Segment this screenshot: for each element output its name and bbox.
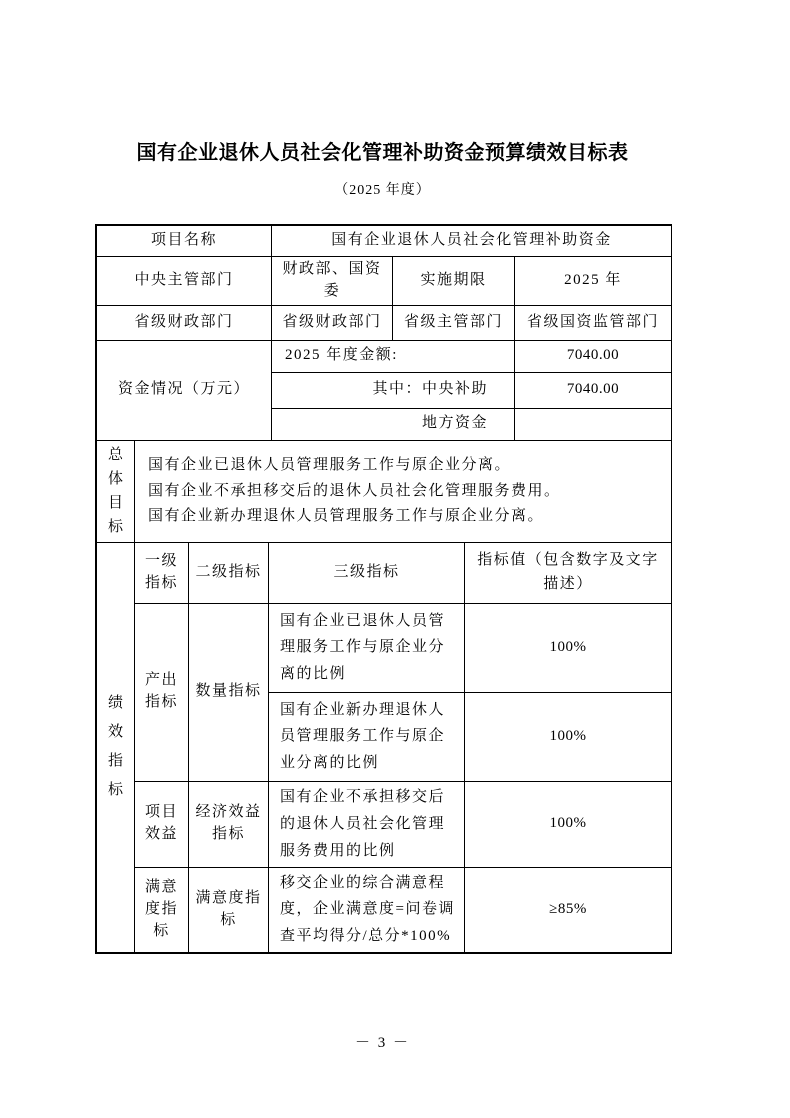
indicator-level1: 满意度指标 [135,867,189,952]
document-subtitle: （2025 年度） [95,179,670,199]
table-row: 产出指标 数量指标 国有企业已退休人员管理服务工作与原企业分离的比例 100% [97,603,672,692]
central-dept-value: 财政部、国资委 [272,257,393,306]
table-row: 中央主管部门 财政部、国资委 实施期限 2025 年 [97,257,672,306]
local-funds-label: 地方资金 [272,408,515,440]
document-title: 国有企业退休人员社会化管理补助资金预算绩效目标表 [95,0,670,166]
document-page: 国有企业退休人员社会化管理补助资金预算绩效目标表 （2025 年度） 项目名称 … [0,0,790,1118]
prov-finance-value: 省级财政部门 [272,305,393,340]
indicator-level3: 国有企业已退休人员管理服务工作与原企业分离的比例 [269,603,465,692]
funding-label: 资金情况（万元） [97,340,272,440]
table-row: 满意度指标 满意度指标 移交企业的综合满意程度，企业满意度=问卷调查平均得分/总… [97,867,672,952]
indicator-level3: 国有企业新办理退休人员管理服务工作与原企业分离的比例 [269,692,465,781]
page-number: － 3 － [95,1031,670,1052]
annual-amount-label: 2025 年度金额: [272,340,515,372]
project-info-table: 项目名称 国有企业退休人员社会化管理补助资金 中央主管部门 财政部、国资委 实施… [96,225,672,441]
overall-goal-line: 国有企业已退休人员管理服务工作与原企业分离。 [148,453,665,478]
performance-label-text: 绩效指标 [107,689,125,806]
indicator-level2: 满意度指标 [189,867,269,952]
indicator-level3: 移交企业的综合满意程度，企业满意度=问卷调查平均得分/总分*100% [269,867,465,952]
indicator-level2: 经济效益指标 [189,781,269,867]
header-level3: 三级指标 [269,542,465,603]
table-row: 绩效指标 一级指标 二级指标 三级指标 指标值（包含数字及文字描述） [97,542,672,603]
indicator-value: 100% [465,692,672,781]
period-label: 实施期限 [393,257,515,306]
performance-label: 绩效指标 [97,542,135,952]
table-row: 总体目标 国有企业已退休人员管理服务工作与原企业分离。 国有企业不承担移交后的退… [97,440,672,542]
header-value: 指标值（包含数字及文字描述） [465,542,672,603]
indicator-value: 100% [465,781,672,867]
overall-goal-line: 国有企业新办理退休人员管理服务工作与原企业分离。 [148,504,665,529]
central-subsidy-label: 其中：中央补助 [272,372,515,408]
table-row: 项目效益 经济效益指标 国有企业不承担移交后的退休人员社会化管理服务费用的比例 … [97,781,672,867]
overall-goal-label-text: 总体目标 [107,443,125,540]
overall-goal-text: 国有企业已退休人员管理服务工作与原企业分离。 国有企业不承担移交后的退休人员社会… [135,440,672,542]
period-value: 2025 年 [515,257,672,306]
indicator-level3: 国有企业不承担移交后的退休人员社会化管理服务费用的比例 [269,781,465,867]
indicator-level2: 数量指标 [189,603,269,781]
table-row: 省级财政部门 省级财政部门 省级主管部门 省级国资监管部门 [97,305,672,340]
header-level2: 二级指标 [189,542,269,603]
performance-indicator-table: 总体目标 国有企业已退休人员管理服务工作与原企业分离。 国有企业不承担移交后的退… [96,440,672,953]
prov-dept-label: 省级主管部门 [393,305,515,340]
indicator-value: 100% [465,603,672,692]
project-name-value: 国有企业退休人员社会化管理补助资金 [272,226,672,257]
central-subsidy-value: 7040.00 [515,372,672,408]
indicator-level1: 产出指标 [135,603,189,781]
prov-finance-label: 省级财政部门 [97,305,272,340]
indicator-value: ≥85% [465,867,672,952]
overall-goal-label: 总体目标 [97,440,135,542]
indicator-level1: 项目效益 [135,781,189,867]
local-funds-value [515,408,672,440]
project-name-label: 项目名称 [97,226,272,257]
overall-goal-line: 国有企业不承担移交后的退休人员社会化管理服务费用。 [148,479,665,504]
table-row: 资金情况（万元） 2025 年度金额: 7040.00 [97,340,672,372]
prov-dept-value: 省级国资监管部门 [515,305,672,340]
table-row: 项目名称 国有企业退休人员社会化管理补助资金 [97,226,672,257]
central-dept-label: 中央主管部门 [97,257,272,306]
header-level1: 一级指标 [135,542,189,603]
budget-target-table: 项目名称 国有企业退休人员社会化管理补助资金 中央主管部门 财政部、国资委 实施… [95,224,672,954]
annual-amount-value: 7040.00 [515,340,672,372]
